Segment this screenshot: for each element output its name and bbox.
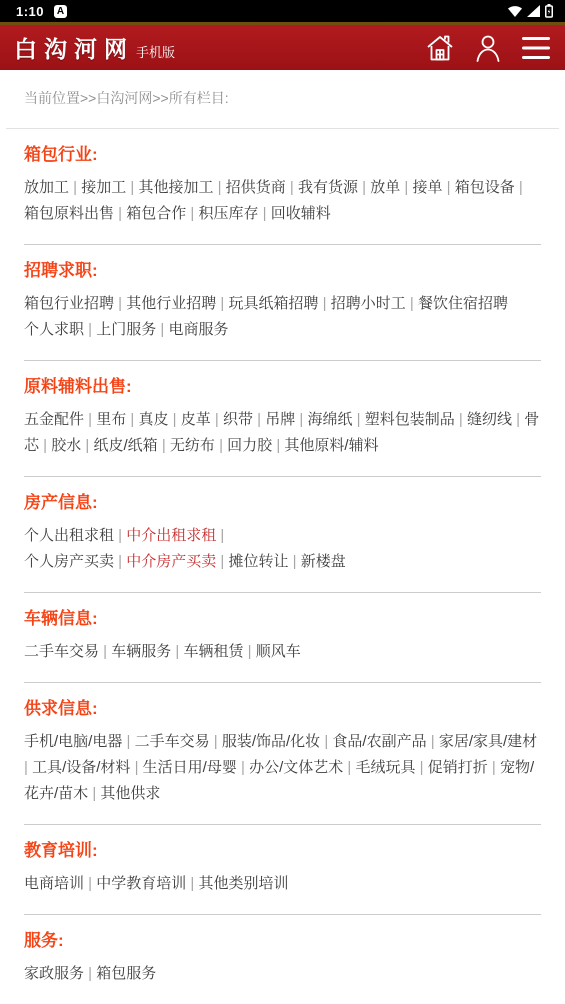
category-link[interactable]: 工具/设备/材料	[32, 759, 130, 776]
category-link[interactable]: 其他类别培训	[199, 875, 289, 892]
category-link[interactable]: 放单	[370, 179, 400, 196]
category-link[interactable]: 办公/文体艺术	[249, 759, 343, 776]
category-section: 箱包行业:放加工 | 接加工 | 其他接加工 | 招供货商 | 我有货源 | 放…	[24, 129, 541, 245]
section-title: 教育培训:	[24, 841, 541, 861]
category-section: 原料辅料出售:五金配件 | 里布 | 真皮 | 皮革 | 织带 | 吊牌 | 海…	[24, 361, 541, 477]
link-separator: |	[286, 179, 298, 196]
section-title: 服务:	[24, 931, 541, 951]
link-separator: |	[39, 437, 51, 454]
link-separator: |	[186, 205, 198, 222]
link-separator: |	[216, 295, 228, 312]
link-separator: |	[427, 733, 439, 750]
link-separator: |	[319, 295, 331, 312]
section-title: 原料辅料出售:	[24, 377, 541, 397]
section-links-row: 手机/电脑/电器 | 二手车交易 | 服装/饰品/化妆 | 食品/农副产品 | …	[24, 729, 541, 807]
category-link[interactable]: 服装/饰品/化妆	[222, 733, 320, 750]
link-separator: |	[156, 321, 168, 338]
category-link[interactable]: 促销打折	[428, 759, 488, 776]
category-section: 教育培训:电商培训 | 中学教育培训 | 其他类别培训	[24, 825, 541, 915]
category-link[interactable]: 胶水	[51, 437, 81, 454]
category-link[interactable]: 放加工	[24, 179, 69, 196]
section-links-row: 个人出租求租 | 中介出租求租 |	[24, 523, 541, 549]
site-logo-suffix: 手机版	[136, 42, 175, 61]
link-separator: |	[259, 205, 271, 222]
category-link[interactable]: 海绵纸	[308, 411, 353, 428]
category-link[interactable]: 缝纫线	[467, 411, 512, 428]
app-header: 白沟河网 手机版	[0, 22, 565, 70]
category-link[interactable]: 二手车交易	[135, 733, 210, 750]
link-separator: |	[84, 411, 96, 428]
menu-button[interactable]	[521, 33, 551, 63]
link-separator: |	[216, 553, 228, 570]
link-separator: |	[84, 965, 96, 982]
category-link[interactable]: 箱包原料出售	[24, 205, 114, 222]
category-link[interactable]: 我有货源	[298, 179, 358, 196]
link-separator: |	[512, 411, 524, 428]
section-title: 车辆信息:	[24, 609, 541, 629]
category-link[interactable]: 真皮	[139, 411, 169, 428]
user-icon	[473, 33, 503, 63]
category-link[interactable]: 上门服务	[96, 321, 156, 338]
link-separator: |	[81, 437, 93, 454]
link-separator: |	[211, 411, 223, 428]
category-link[interactable]: 二手车交易	[24, 643, 99, 660]
link-separator: |	[215, 437, 227, 454]
section-title: 箱包行业:	[24, 145, 541, 165]
category-link[interactable]: 食品/农副产品	[332, 733, 426, 750]
link-separator: |	[126, 411, 138, 428]
category-link[interactable]: 电商服务	[169, 321, 229, 338]
category-link[interactable]: 中介房产买卖	[126, 553, 216, 570]
category-link[interactable]: 生活日用/母婴	[143, 759, 237, 776]
category-link[interactable]: 个人求职	[24, 321, 84, 338]
category-link[interactable]: 五金配件	[24, 411, 84, 428]
category-link[interactable]: 手机/电脑/电器	[24, 733, 122, 750]
category-link[interactable]: 车辆租赁	[184, 643, 244, 660]
link-separator: |	[114, 295, 126, 312]
wifi-icon	[508, 5, 522, 17]
category-link[interactable]: 织带	[223, 411, 253, 428]
category-link[interactable]: 其他行业招聘	[126, 295, 216, 312]
home-icon	[425, 33, 455, 63]
link-separator: |	[406, 295, 418, 312]
link-separator: |	[186, 875, 198, 892]
category-link[interactable]: 其他接加工	[139, 179, 214, 196]
section-links-row: 个人求职 | 上门服务 | 电商服务	[24, 317, 541, 343]
category-sections: 箱包行业:放加工 | 接加工 | 其他接加工 | 招供货商 | 我有货源 | 放…	[0, 129, 565, 1004]
link-separator: |	[99, 643, 111, 660]
category-link[interactable]: 玩具纸箱招聘	[229, 295, 319, 312]
link-separator: |	[210, 733, 222, 750]
category-link[interactable]: 其他供求	[100, 785, 160, 802]
link-separator: |	[415, 759, 427, 776]
link-separator: |	[320, 733, 332, 750]
link-separator: |	[272, 437, 284, 454]
category-link[interactable]: 家居/家具/建材	[439, 733, 537, 750]
link-separator: |	[515, 179, 523, 196]
category-link[interactable]: 接单	[413, 179, 443, 196]
category-link[interactable]: 无纺布	[170, 437, 215, 454]
category-link[interactable]: 顺风车	[256, 643, 301, 660]
category-section: 房产信息:个人出租求租 | 中介出租求租 | 个人房产买卖 | 中介房产买卖 |…	[24, 477, 541, 593]
category-section: 车辆信息:二手车交易 | 车辆服务 | 车辆租赁 | 顺风车	[24, 593, 541, 683]
category-link[interactable]: 吊牌	[265, 411, 295, 428]
section-links-row: 五金配件 | 里布 | 真皮 | 皮革 | 织带 | 吊牌 | 海绵纸 | 塑料…	[24, 407, 541, 459]
section-links-row: 个人房产买卖 | 中介房产买卖 | 摊位转让 | 新楼盘	[24, 549, 541, 575]
status-bar: 1:10 A	[0, 0, 565, 22]
category-link[interactable]: 箱包合作	[126, 205, 186, 222]
link-separator: |	[169, 411, 181, 428]
link-separator: |	[114, 553, 126, 570]
category-section: 供求信息:手机/电脑/电器 | 二手车交易 | 服装/饰品/化妆 | 食品/农副…	[24, 683, 541, 825]
category-link[interactable]: 餐饮住宿招聘	[418, 295, 508, 312]
category-link[interactable]: 箱包设备	[455, 179, 515, 196]
link-separator: |	[289, 553, 301, 570]
category-link[interactable]: 中学教育培训	[96, 875, 186, 892]
category-link[interactable]: 其他原料/辅料	[284, 437, 378, 454]
link-separator: |	[358, 179, 370, 196]
section-title: 供求信息:	[24, 699, 541, 719]
category-link[interactable]: 箱包行业招聘	[24, 295, 114, 312]
category-section: 招聘求职:箱包行业招聘 | 其他行业招聘 | 玩具纸箱招聘 | 招聘小时工 | …	[24, 245, 541, 361]
category-link[interactable]: 家政服务	[24, 965, 84, 982]
link-separator: |	[455, 411, 467, 428]
category-link[interactable]: 纸皮/纸箱	[94, 437, 158, 454]
link-separator: |	[158, 437, 170, 454]
category-link[interactable]: 里布	[96, 411, 126, 428]
category-link[interactable]: 回收辅料	[271, 205, 331, 222]
category-link[interactable]: 接加工	[81, 179, 126, 196]
link-separator: |	[295, 411, 307, 428]
link-separator: |	[488, 759, 500, 776]
section-links-row: 电商培训 | 中学教育培训 | 其他类别培训	[24, 871, 541, 897]
site-logo-text: 白沟河网	[14, 31, 134, 64]
link-separator: |	[84, 321, 96, 338]
section-links-row: 家政服务 | 箱包服务	[24, 961, 541, 987]
section-links-row: 二手车交易 | 车辆服务 | 车辆租赁 | 顺风车	[24, 639, 541, 665]
link-separator: |	[343, 759, 355, 776]
category-link[interactable]: 新楼盘	[301, 553, 346, 570]
home-button[interactable]	[425, 33, 455, 63]
page-content: 当前位置>>白沟河网>>所有栏目: 箱包行业:放加工 | 接加工 | 其他接加工…	[0, 70, 565, 1004]
link-separator: |	[114, 527, 126, 544]
link-separator: |	[237, 759, 249, 776]
link-separator: |	[171, 643, 183, 660]
link-separator: |	[126, 179, 138, 196]
section-title: 招聘求职:	[24, 261, 541, 281]
category-link[interactable]: 摊位转让	[229, 553, 289, 570]
section-links-row: 箱包行业招聘 | 其他行业招聘 | 玩具纸箱招聘 | 招聘小时工 | 餐饮住宿招…	[24, 291, 541, 317]
notification-badge-icon: A	[54, 5, 67, 18]
link-separator: |	[114, 205, 126, 222]
category-link[interactable]: 毛绒玩具	[355, 759, 415, 776]
menu-icon	[521, 36, 551, 60]
category-link[interactable]: 招聘小时工	[331, 295, 406, 312]
user-account-button[interactable]	[473, 33, 503, 63]
status-time: 1:10	[16, 4, 44, 19]
category-link[interactable]: 个人出租求租	[24, 527, 114, 544]
battery-charging-icon	[545, 4, 553, 18]
category-section: 服务:家政服务 | 箱包服务	[24, 915, 541, 1004]
category-link[interactable]: 电商培训	[24, 875, 84, 892]
link-separator: |	[216, 527, 224, 544]
section-title: 房产信息:	[24, 493, 541, 513]
site-logo[interactable]: 白沟河网 手机版	[14, 31, 175, 64]
category-link[interactable]: 箱包服务	[96, 965, 156, 982]
category-link[interactable]: 车辆服务	[111, 643, 171, 660]
link-separator: |	[353, 411, 365, 428]
link-separator: |	[400, 179, 412, 196]
category-link[interactable]: 个人房产买卖	[24, 553, 114, 570]
link-separator: |	[214, 179, 226, 196]
link-separator: |	[443, 179, 455, 196]
category-link[interactable]: 积压库存	[199, 205, 259, 222]
link-separator: |	[24, 759, 32, 776]
link-separator: |	[84, 875, 96, 892]
cell-signal-icon	[527, 5, 540, 17]
link-separator: |	[244, 643, 256, 660]
link-separator: |	[88, 785, 100, 802]
category-link[interactable]: 塑料包装制品	[365, 411, 455, 428]
link-separator: |	[253, 411, 265, 428]
link-separator: |	[130, 759, 142, 776]
link-separator: |	[69, 179, 81, 196]
category-link[interactable]: 中介出租求租	[126, 527, 216, 544]
category-link[interactable]: 回力胶	[227, 437, 272, 454]
link-separator: |	[122, 733, 134, 750]
category-link[interactable]: 招供货商	[226, 179, 286, 196]
category-link[interactable]: 皮革	[181, 411, 211, 428]
section-links-row: 放加工 | 接加工 | 其他接加工 | 招供货商 | 我有货源 | 放单 | 接…	[24, 175, 541, 227]
breadcrumb: 当前位置>>白沟河网>>所有栏目:	[0, 70, 565, 107]
